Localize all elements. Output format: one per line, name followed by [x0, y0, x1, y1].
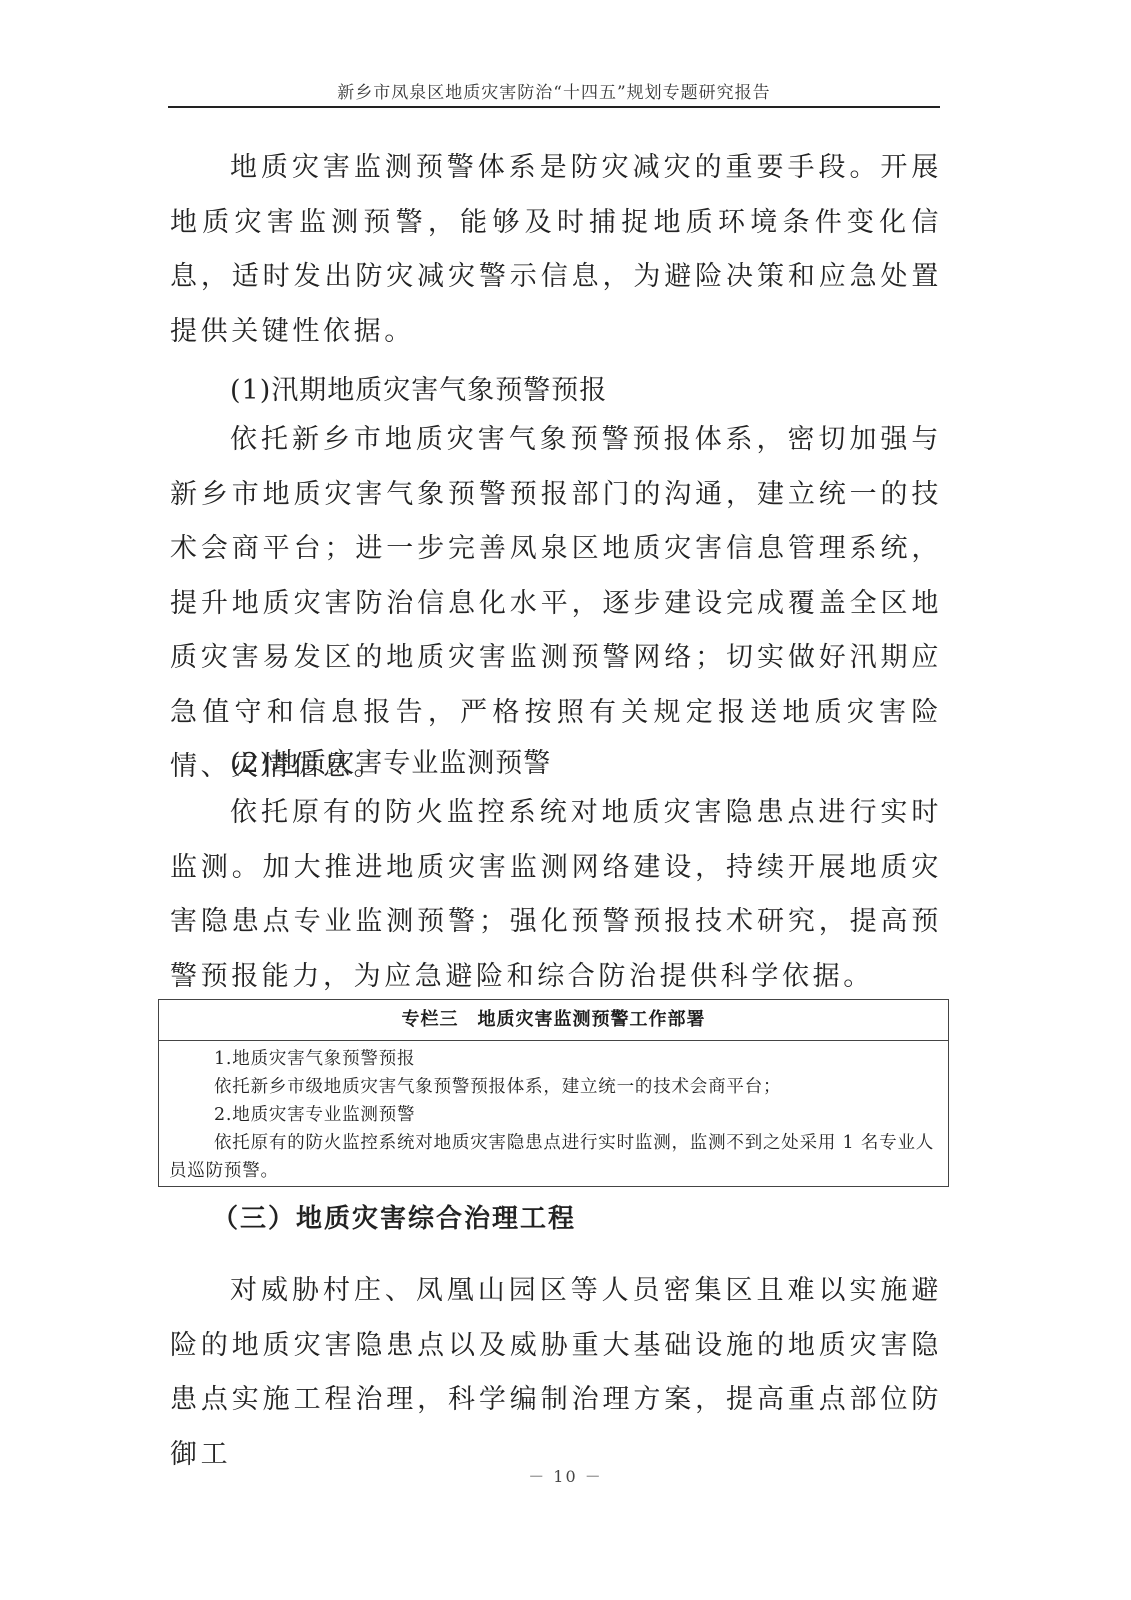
column-item-2-text: 依托原有的防火监控系统对地质灾害隐患点进行实时监测，监测不到之处采用 1 名专业…	[169, 1129, 940, 1185]
subsection-1-heading: (1)汛期地质灾害气象预警预报	[230, 368, 607, 407]
column-box: 专栏三 地质灾害监测预警工作部署 1.地质灾害气象预警预报 依托新乡市级地质灾害…	[158, 999, 949, 1187]
subsection-2-paragraph: 依托原有的防火监控系统对地质灾害隐患点进行实时监测。加大推进地质灾害监测网络建设…	[170, 786, 942, 1004]
header-divider	[168, 106, 940, 108]
section-3-paragraph: 对威胁村庄、凤凰山园区等人员密集区且难以实施避险的地质灾害隐患点以及威胁重大基础…	[170, 1264, 942, 1482]
subsection-1-paragraph: 依托新乡市地质灾害气象预警预报体系，密切加强与新乡市地质灾害气象预警预报部门的沟…	[170, 413, 942, 795]
page-number: － 10 －	[0, 1464, 1131, 1487]
column-item-1-text: 依托新乡市级地质灾害气象预警预报体系，建立统一的技术会商平台；	[169, 1073, 940, 1101]
intro-paragraph: 地质灾害监测预警体系是防灾减灾的重要手段。开展地质灾害监测预警，能够及时捕捉地质…	[170, 141, 942, 359]
column-item-1-heading: 1.地质灾害气象预警预报	[169, 1045, 940, 1073]
section-3-heading: （三）地质灾害综合治理工程	[212, 1198, 576, 1235]
running-header-title: 新乡市凤泉区地质灾害防治“十四五”规划专题研究报告	[168, 78, 940, 103]
column-item-2-heading: 2.地质灾害专业监测预警	[169, 1101, 940, 1129]
subsection-2-heading: (2)地质灾害专业监测预警	[230, 741, 551, 780]
column-box-title: 专栏三 地质灾害监测预警工作部署	[159, 1000, 948, 1041]
column-box-body: 1.地质灾害气象预警预报 依托新乡市级地质灾害气象预警预报体系，建立统一的技术会…	[159, 1041, 948, 1185]
